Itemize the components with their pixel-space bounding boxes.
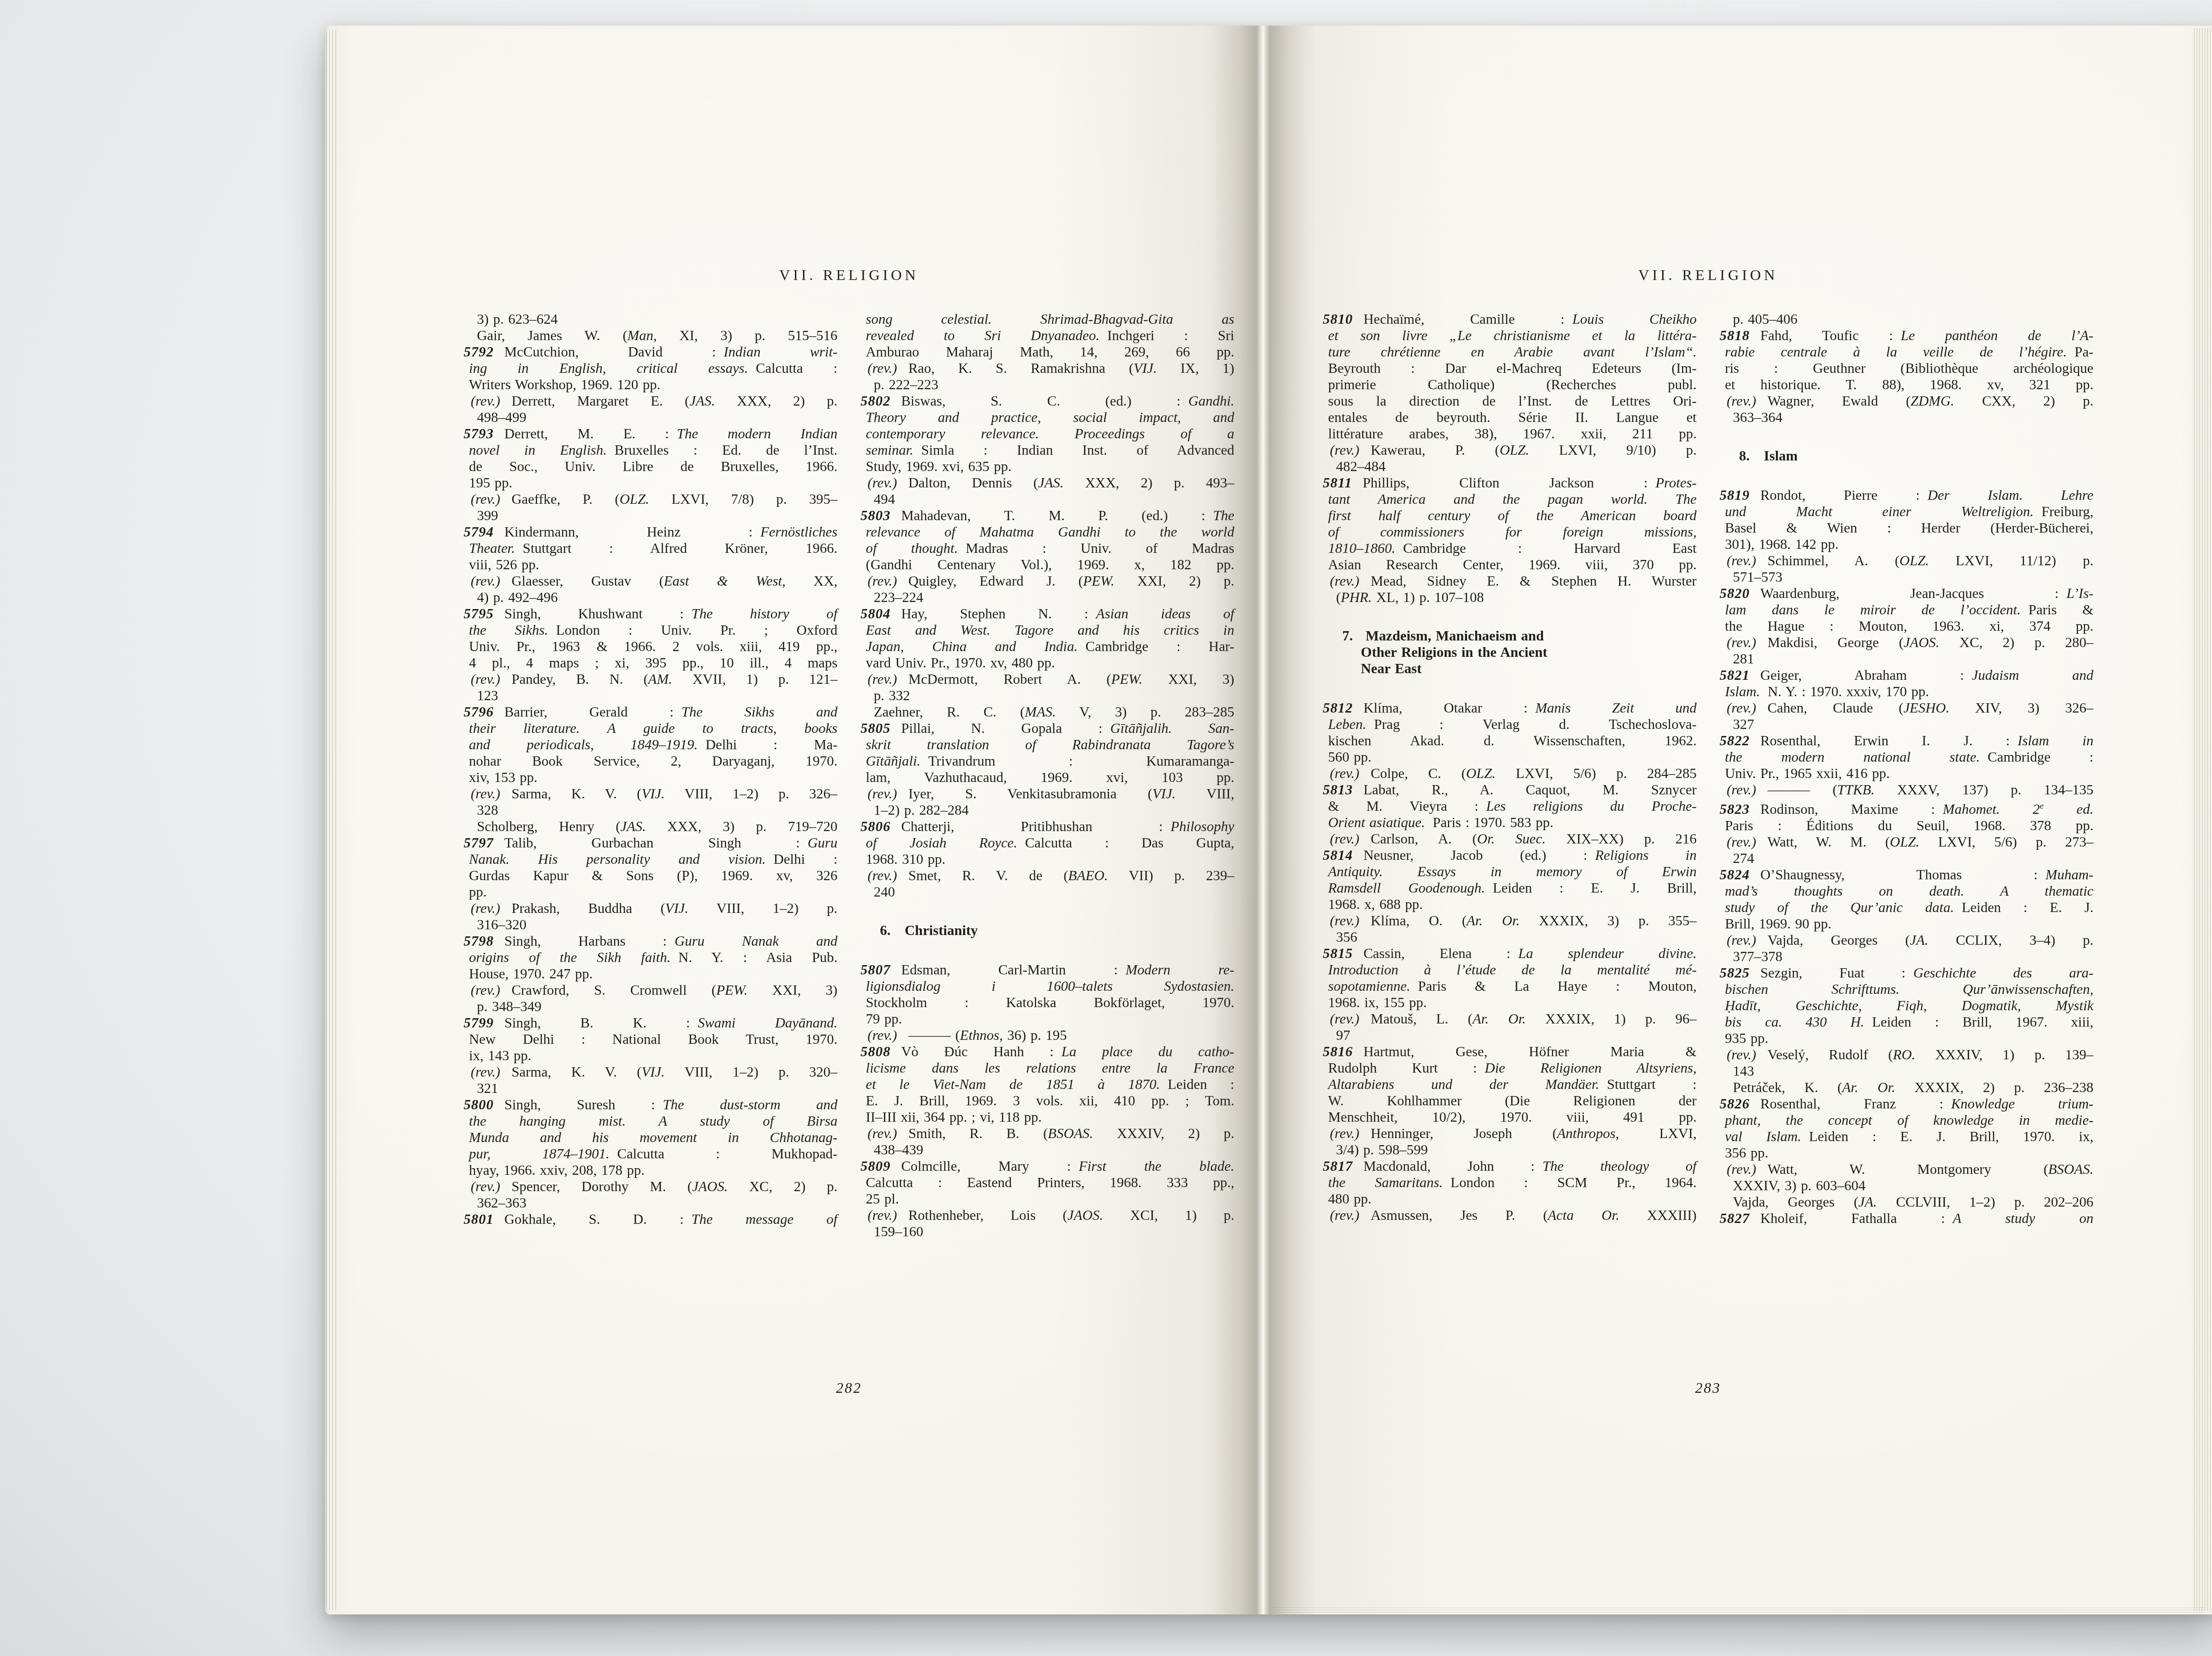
entry-line: lam, Vazhuthacaud, 1969. xvi, 103 pp. <box>860 769 1234 786</box>
entry-line: p. 222–223 <box>860 376 1234 393</box>
entry-line: 5802Biswas, S. C. (ed.) :Gandhi. <box>860 393 1234 409</box>
entry-line: E. J. Brill, 1969. 3 vols. xii, 410 pp. … <box>860 1092 1234 1109</box>
entry-line: (rev.)Smith, R. B. (BSOAS. XXXIV, 2) p. <box>860 1125 1234 1142</box>
photo-background: { "colors":{"paper":"#f7f4ed","ink":"#21… <box>0 0 2212 1656</box>
page-number-right: 283 <box>1323 1380 2093 1397</box>
entry-line: 5796Barrier, Gerald :The Sikhs and <box>464 704 837 720</box>
entry-line: Univ. Pr., 1963 & 1966. 2 vols. xiii, 41… <box>464 638 837 655</box>
entry-line: (rev.)Sarma, K. V. (VIJ. VIII, 1–2) p. 3… <box>464 1064 837 1080</box>
entry-line: 5794Kindermann, Heinz :Fernöstliches <box>464 524 837 540</box>
entry-line: Scholberg, Henry (JAS. XXX, 3) p. 719–72… <box>464 818 837 835</box>
entry-line: first half century of the American board <box>1323 507 1697 524</box>
section-heading-line: Near East <box>1323 660 1697 677</box>
left-page-columns: 3) p. 623–624Gair, James W. (Man, XI, 3)… <box>325 311 1259 1240</box>
entry-line: East and West. Tagore and his critics in <box>860 622 1234 638</box>
entry-line: Brill, 1969. 90 pp. <box>1720 916 2093 932</box>
entry-line: 5801Gokhale, S. D. :The message of <box>464 1211 837 1227</box>
entry-line: 363–364 <box>1720 409 2093 425</box>
entry-line: House, 1970. 247 pp. <box>464 966 837 982</box>
entry-line: 123 <box>464 687 837 704</box>
entry-line: p. 348–349 <box>464 998 837 1015</box>
left-page: VII. RELIGION 3) p. 623–624Gair, James W… <box>325 26 1259 1614</box>
entry-line: 480 pp. <box>1323 1191 1697 1207</box>
entry-line: seminar.Simla : Indian Inst. of Advanced <box>860 442 1234 458</box>
entry-line: Study, 1969. xvi, 635 pp. <box>860 458 1234 475</box>
entry-line: 5814Neusner, Jacob (ed.) :Religions in <box>1323 847 1697 863</box>
entry-line: skrit translation of Rabindranata Tagore… <box>860 736 1234 753</box>
entry-line: lam dans le miroir de l’occident.Paris & <box>1720 602 2093 618</box>
entry-line: nohar Book Service, 2, Daryaganj, 1970. <box>464 753 837 769</box>
entry-line: hyay, 1966. xxiv, 208, 178 pp. <box>464 1162 837 1178</box>
entry-line: viii, 526 pp. <box>464 556 837 573</box>
entry-line: origins of the Sikh faith.N. Y. : Asia P… <box>464 949 837 966</box>
entry-line: (rev.)Glaesser, Gustav (East & West, XX, <box>464 573 837 589</box>
entry-line: 5817Macdonald, John :The theology of <box>1323 1158 1697 1174</box>
entry-line: 240 <box>860 884 1234 900</box>
entry-line: 5812Klíma, Otakar :Manis Zeit und <box>1323 700 1697 716</box>
entry-line: (rev.)Spencer, Dorothy M. (JAOS. XC, 2) … <box>464 1178 837 1195</box>
entry-line: sous la direction de l’Inst. de Lettres … <box>1323 393 1697 409</box>
entry-line: (rev.)Rao, K. S. Ramakrishna (VIJ. IX, 1… <box>860 360 1234 376</box>
entry-line: 1968. 310 pp. <box>860 851 1234 867</box>
entry-line: W. Kohlhammer (Die Religionen der <box>1323 1092 1697 1109</box>
entry-line: of Josiah Royce.Calcutta : Das Gupta, <box>860 835 1234 851</box>
entry-line: (rev.)Henninger, Joseph (Anthropos, LXVI… <box>1323 1125 1697 1142</box>
entry-line: contemporary relevance. Proceedings of a <box>860 425 1234 442</box>
entry-line: pur, 1874–1901.Calcutta : Mukhopad- <box>464 1146 837 1162</box>
entry-line: et le Viet-Nam de 1851 à 1870.Leiden : <box>860 1076 1234 1092</box>
entry-line: Antiquity. Essays in memory of Erwin <box>1323 863 1697 880</box>
entry-line: 377–378 <box>1720 948 2093 965</box>
entry-line: (rev.)Rothenheber, Lois (JAOS. XCI, 1) p… <box>860 1207 1234 1223</box>
entry-line: Univ. Pr., 1965 xxii, 416 pp. <box>1720 765 2093 782</box>
entry-line: 5807Edsman, Carl-Martin :Modern re- <box>860 962 1234 978</box>
entry-line: p. 332 <box>860 687 1234 704</box>
entry-line: Asian Research Center, 1969. viii, 370 p… <box>1323 556 1697 573</box>
entry-line: kischen Akad. d. Wissenschaften, 1962. <box>1323 732 1697 749</box>
text-column-1: 3) p. 623–624Gair, James W. (Man, XI, 3)… <box>464 311 837 1240</box>
entry-line: rabie centrale à la veille de l’hégire.P… <box>1720 344 2093 360</box>
entry-line: of thought.Madras : Univ. of Madras <box>860 540 1234 556</box>
entry-line: 5815Cassin, Elena :La splendeur divine. <box>1323 945 1697 962</box>
entry-line: revealed to Sri Dnyanadeo.Inchgeri : Sri <box>860 327 1234 344</box>
entry-line: 79 pp. <box>860 1011 1234 1027</box>
entry-line: Theater.Stuttgart : Alfred Kröner, 1966. <box>464 540 837 556</box>
entry-line: Menschheit, 10/2), 1970. viii, 491 pp. <box>1323 1109 1697 1125</box>
entry-line: 1968. ix, 155 pp. <box>1323 994 1697 1011</box>
entry-line: 5792McCutchion, David :Indian writ- <box>464 344 837 360</box>
entry-line: (rev.)Pandey, B. N. (AM. XVII, 1) p. 121… <box>464 671 837 687</box>
entry-line: und Macht einer Weltreligion.Freiburg, <box>1720 503 2093 520</box>
entry-line: (rev.)——— (Ethnos, 36) p. 195 <box>860 1027 1234 1043</box>
entry-line: the Hague : Mouton, 1963. xi, 374 pp. <box>1720 618 2093 634</box>
entry-line: (rev.)Carlson, A. (Or. Suec. XIX–XX) p. … <box>1323 831 1697 847</box>
entry-line: the modern national state.Cambridge : <box>1720 749 2093 765</box>
entry-line: 5823Rodinson, Maxime :Mahomet. 2e ed. <box>1720 798 2093 817</box>
entry-line: Vajda, Georges (JA. CCLVIII, 1–2) p. 202… <box>1720 1194 2093 1210</box>
entry-line: 25 pl. <box>860 1191 1234 1207</box>
entry-line: 4) p. 492–496 <box>464 589 837 606</box>
entry-line: 5808Vò Đúc Hanh :La place du catho- <box>860 1043 1234 1060</box>
entry-line: (rev.)Cahen, Claude (JESHO. XIV, 3) 326– <box>1720 700 2093 716</box>
entry-line: (rev.)Mead, Sidney E. & Stephen H. Wurst… <box>1323 573 1697 589</box>
entry-line: 399 <box>464 507 837 524</box>
entry-line: 1968. x, 688 pp. <box>1323 896 1697 912</box>
entry-line: 223–224 <box>860 589 1234 606</box>
entry-line: 4 pl., 4 maps ; xi, 395 pp., 10 ill., 4 … <box>464 655 837 671</box>
entry-line: tant America and the pagan world. The <box>1323 491 1697 507</box>
entry-line: Gurdas Kapur & Sons (P), 1969. xv, 326 <box>464 867 837 884</box>
entry-line: Ḥadīt, Geschichte, Fiqh, Dogmatik, Mysti… <box>1720 997 2093 1014</box>
entry-line: Zaehner, R. C. (MAS. V, 3) p. 283–285 <box>860 704 1234 720</box>
page-stack-left-edge <box>326 29 338 1610</box>
entry-line: 159–160 <box>860 1223 1234 1240</box>
entry-line: 498–499 <box>464 409 837 425</box>
entry-line: Altarabiens und der Mandäer.Stuttgart : <box>1323 1076 1697 1092</box>
entry-line: ligionsdialog i 1600–talets Sydostasien. <box>860 978 1234 994</box>
entry-line: 97 <box>1323 1027 1697 1043</box>
entry-line: pp. <box>464 884 837 900</box>
entry-line: littérature arabes, 38), 1967. xxii, 211… <box>1323 425 1697 442</box>
entry-line: 281 <box>1720 651 2093 667</box>
entry-line: their literature. A guide to tracts, boo… <box>464 720 837 736</box>
entry-line: ture chrétienne en Arabie avant l’Islam“… <box>1323 344 1697 360</box>
entry-line: (rev.)Schimmel, A. (OLZ. LXVI, 11/12) p. <box>1720 552 2093 569</box>
entry-line: New Delhi : National Book Trust, 1970. <box>464 1031 837 1047</box>
entry-line: bischen Schrifttums. Qur’ānwissenschafte… <box>1720 981 2093 997</box>
entry-line: Paris : Éditions du Seuil, 1968. 378 pp. <box>1720 817 2093 834</box>
entry-line: relevance of Mahatma Gandhi to the world <box>860 524 1234 540</box>
entry-line: 5804Hay, Stephen N. :Asian ideas of <box>860 606 1234 622</box>
entry-line: (rev.)Gaeffke, P. (OLZ. LXVI, 7/8) p. 39… <box>464 491 837 507</box>
entry-line: (rev.)——— (TTKB. XXXV, 137) p. 134–135 <box>1720 782 2093 798</box>
text-column-3: 5810Hechaïmé, Camille :Louis Cheikhoet s… <box>1323 311 1697 1227</box>
entry-line: 362–363 <box>464 1195 837 1211</box>
entry-line: ris : Geuthner (Bibliothèque archéologiq… <box>1720 360 2093 376</box>
entry-line: 5816Hartmut, Gese, Höfner Maria & <box>1323 1043 1697 1060</box>
entry-line: (rev.)Dalton, Dennis (JAS. XXX, 2) p. 49… <box>860 475 1234 491</box>
entry-line: (rev.)Derrett, Margaret E. (JAS. XXX, 2)… <box>464 393 837 409</box>
entry-line: Amburao Maharaj Math, 14, 269, 66 pp. <box>860 344 1234 360</box>
entry-line: the hanging mist. A study of Birsa <box>464 1113 837 1129</box>
entry-line: (rev.)Quigley, Edward J. (PEW. XXI, 2) p… <box>860 573 1234 589</box>
section-heading-line: 8.Islam <box>1720 448 2093 464</box>
entry-line: 5825Sezgin, Fuat :Geschichte des ara- <box>1720 965 2093 981</box>
entry-line: 494 <box>860 491 1234 507</box>
entry-line: 327 <box>1720 716 2093 732</box>
entry-line: primerie Catholique) (Recherches publ. <box>1323 376 1697 393</box>
entry-line: vard Univ. Pr., 1970. xv, 480 pp. <box>860 655 1234 671</box>
entry-line: (rev.)Kawerau, P. (OLZ. LXVI, 9/10) p. <box>1323 442 1697 458</box>
entry-line: 482–484 <box>1323 458 1697 475</box>
entry-line: licisme dans les relations entre la Fran… <box>860 1060 1234 1076</box>
entry-line: 195 pp. <box>464 475 837 491</box>
page-stack-bottom-edge <box>1272 1607 2205 1614</box>
entry-line: de Soc., Univ. Libre de Bruxelles, 1966. <box>464 458 837 475</box>
entry-line: 5810Hechaïmé, Camille :Louis Cheikho <box>1323 311 1697 327</box>
entry-line: (rev.)Smet, R. V. de (BAEO. VII) p. 239– <box>860 867 1234 884</box>
entry-line: Stockholm : Katolska Bokförlaget, 1970. <box>860 994 1234 1011</box>
entry-line: 3/4) p. 598–599 <box>1323 1142 1697 1158</box>
entry-line: Japan, China and India.Cambridge : Har- <box>860 638 1234 655</box>
text-column-2: song celestial. Shrimad-Bhagvad-Gita asr… <box>860 311 1234 1240</box>
entry-line: ix, 143 pp. <box>464 1047 837 1064</box>
entry-line: 5800Singh, Suresh :The dust-storm and <box>464 1096 837 1113</box>
entry-line: 560 pp. <box>1323 749 1697 765</box>
entry-line: (rev.)Colpe, C. (OLZ. LXVI, 5/6) p. 284–… <box>1323 765 1697 782</box>
entry-line: entales de beyrouth. Série II. Langue et <box>1323 409 1697 425</box>
entry-line: Gītāñjali.Trivandrum : Kumaramanga- <box>860 753 1234 769</box>
entry-line: Gair, James W. (Man, XI, 3) p. 515–516 <box>464 327 837 344</box>
entry-line: (rev.)Watt, W. Montgomery (BSOAS. <box>1720 1161 2093 1177</box>
entry-line: Basel & Wien : Herder (Herder-Bücherei, <box>1720 520 2093 536</box>
entry-line: (rev.)Prakash, Buddha (VIJ. VIII, 1–2) p… <box>464 900 837 916</box>
entry-line: novel in English.Bruxelles : Ed. de l’In… <box>464 442 837 458</box>
entry-line: (rev.)Asmussen, Jes P. (Acta Or. XXXIII) <box>1323 1207 1697 1223</box>
entry-line: Munda and his movement in Chhotanag- <box>464 1129 837 1146</box>
entry-line: 1810–1860.Cambridge : Harvard East <box>1323 540 1697 556</box>
entry-line: the Samaritans.London : SCM Pr., 1964. <box>1323 1174 1697 1191</box>
entry-line: (rev.)Vajda, Georges (JA. CCLIX, 3–4) p. <box>1720 932 2093 948</box>
page-number-left: 282 <box>464 1380 1234 1397</box>
entry-line: (rev.)Klíma, O. (Ar. Or. XXXIX, 3) p. 35… <box>1323 912 1697 929</box>
right-page-columns: 5810Hechaïmé, Camille :Louis Cheikhoet s… <box>1259 311 2212 1227</box>
entry-line: phant, the concept of knowledge in medie… <box>1720 1112 2093 1128</box>
entry-line: Beyrouth : Dar el-Machreq Edeteurs (Im- <box>1323 360 1697 376</box>
entry-line: Rudolph Kurt :Die Religionen Altsyriens, <box>1323 1060 1697 1076</box>
entry-line: 5820Waardenburg, Jean-Jacques :L’Is- <box>1720 585 2093 602</box>
entry-line: et son livre „Le christianisme et la lit… <box>1323 327 1697 344</box>
entry-line: 316–320 <box>464 916 837 933</box>
entry-line: 5821Geiger, Abraham :Judaism and <box>1720 667 2093 683</box>
entry-line: 5803Mahadevan, T. M. P. (ed.) :The <box>860 507 1234 524</box>
entry-line: (rev.)Makdisi, George (JAOS. XC, 2) p. 2… <box>1720 634 2093 651</box>
entry-line: 5798Singh, Harbans :Guru Nanak and <box>464 933 837 949</box>
entry-line: (rev.)Wagner, Ewald (ZDMG. CXX, 2) p. <box>1720 393 2093 409</box>
entry-line: (rev.)Sarma, K. V. (VIJ. VIII, 1–2) p. 3… <box>464 786 837 802</box>
entry-line: (rev.)Iyer, S. Venkitasubramonia (VIJ. V… <box>860 786 1234 802</box>
entry-line: (rev.)McDermott, Robert A. (PEW. XXI, 3) <box>860 671 1234 687</box>
entry-line: (rev.)Veselý, Rudolf (RO. XXXIV, 1) p. 1… <box>1720 1046 2093 1063</box>
entry-line: (rev.)Crawford, S. Cromwell (PEW. XXI, 3… <box>464 982 837 998</box>
entry-line: 143 <box>1720 1063 2093 1079</box>
section-heading-line: Other Religions in the Ancient <box>1323 644 1697 660</box>
entry-line: Orient asiatique.Paris : 1970. 583 pp. <box>1323 814 1697 831</box>
entry-line: mad’s thoughts on death. A thematic <box>1720 883 2093 899</box>
entry-line: of commissioners for foreign missions, <box>1323 524 1697 540</box>
entry-line: 3) p. 623–624 <box>464 311 837 327</box>
entry-line: (PHR. XL, 1) p. 107–108 <box>1323 589 1697 606</box>
section-heading-line: 7.Mazdeism, Manichaeism and <box>1323 628 1697 644</box>
section-heading-line: 6.Christianity <box>860 922 1234 939</box>
page-stack-right-edge <box>2192 28 2212 1611</box>
running-head-left: VII. RELIGION <box>325 267 1259 284</box>
entry-line: 274 <box>1720 850 2093 866</box>
entry-line: 5799Singh, B. K. :Swami Dayānand. <box>464 1015 837 1031</box>
entry-line: (rev.)Matouš, L. (Ar. Or. XXXIX, 1) p. 9… <box>1323 1011 1697 1027</box>
entry-line: 5809Colmcille, Mary :First the blade. <box>860 1158 1234 1174</box>
entry-line: 321 <box>464 1080 837 1096</box>
entry-line: Nanak. His personality and vision.Delhi … <box>464 851 837 867</box>
entry-line: 356 pp. <box>1720 1145 2093 1161</box>
entry-line: 5818Fahd, Toufic :Le panthéon de l’A- <box>1720 327 2093 344</box>
entry-line: ing in English, critical essays.Calcutta… <box>464 360 837 376</box>
entry-line: 5793Derrett, M. E. :The modern Indian <box>464 425 837 442</box>
entry-line: song celestial. Shrimad-Bhagvad-Gita as <box>860 311 1234 327</box>
entry-line: Calcutta : Eastend Printers, 1968. 333 p… <box>860 1174 1234 1191</box>
right-page: VII. RELIGION 5810Hechaïmé, Camille :Lou… <box>1259 26 2212 1614</box>
entry-line: bis ca. 430 H.Leiden : Brill, 1967. xiii… <box>1720 1014 2093 1030</box>
entry-line: & M. Vieyra :Les religions du Proche- <box>1323 798 1697 814</box>
entry-line: Ramsdell Goodenough.Leiden : E. J. Brill… <box>1323 880 1697 896</box>
entry-line: study of the Qur’anic data.Leiden : E. J… <box>1720 899 2093 916</box>
entry-line: p. 405–406 <box>1720 311 2093 327</box>
entry-line: Writers Workshop, 1969. 120 pp. <box>464 376 837 393</box>
entry-line: 571–573 <box>1720 569 2093 585</box>
text-column-4: p. 405–4065818Fahd, Toufic :Le panthéon … <box>1720 311 2093 1227</box>
entry-line: 935 pp. <box>1720 1030 2093 1046</box>
entry-line: 301), 1968. 142 pp. <box>1720 536 2093 552</box>
entry-line: 438–439 <box>860 1142 1234 1158</box>
entry-line: 5822Rosenthal, Erwin I. J. :Islam in <box>1720 732 2093 749</box>
entry-line: II–III xii, 364 pp. ; vi, 118 pp. <box>860 1109 1234 1125</box>
entry-line: val Islam.Leiden : E. J. Brill, 1970. ix… <box>1720 1128 2093 1145</box>
entry-line: Theory and practice, social impact, and <box>860 409 1234 425</box>
entry-line: the Sikhs.London : Univ. Pr. ; Oxford <box>464 622 837 638</box>
entry-line: and periodicals, 1849–1919.Delhi : Ma- <box>464 736 837 753</box>
entry-line: 1–2) p. 282–284 <box>860 802 1234 818</box>
entry-line: 5811Phillips, Clifton Jackson :Protes- <box>1323 475 1697 491</box>
entry-line: 356 <box>1323 929 1697 945</box>
entry-line: 5827Kholeif, Fathalla :A study on <box>1720 1210 2093 1227</box>
entry-line: 5813Labat, R., A. Caquot, M. Sznycer <box>1323 782 1697 798</box>
entry-line: Petráček, K. (Ar. Or. XXXIX, 2) p. 236–2… <box>1720 1079 2093 1096</box>
entry-line: xiv, 153 pp. <box>464 769 837 786</box>
entry-line: 328 <box>464 802 837 818</box>
entry-line: 5806Chatterji, Pritibhushan :Philosophy <box>860 818 1234 835</box>
open-book: VII. RELIGION 3) p. 623–624Gair, James W… <box>325 26 2212 1614</box>
entry-line: Islam.N. Y. : 1970. xxxiv, 170 pp. <box>1720 683 2093 700</box>
entry-line: et historique. T. 88), 1968. xv, 321 pp. <box>1720 376 2093 393</box>
entry-line: 5819Rondot, Pierre :Der Islam. Lehre <box>1720 487 2093 503</box>
entry-line: (rev.)Watt, W. M. (OLZ. LXVI, 5/6) p. 27… <box>1720 834 2093 850</box>
entry-line: sopotamienne.Paris & La Haye : Mouton, <box>1323 978 1697 994</box>
entry-line: 5795Singh, Khushwant :The history of <box>464 606 837 622</box>
entry-line: 5824O’Shaugnessy, Thomas :Muham- <box>1720 866 2093 883</box>
entry-line: (Gandhi Centenary Vol.), 1969. x, 182 pp… <box>860 556 1234 573</box>
entry-line: 5826Rosenthal, Franz :Knowledge trium- <box>1720 1096 2093 1112</box>
entry-line: 5805Pillai, N. Gopala :Gītāñjalih. San- <box>860 720 1234 736</box>
running-head-right: VII. RELIGION <box>1259 267 2212 284</box>
entry-line: XXXIV, 3) p. 603–604 <box>1720 1177 2093 1194</box>
entry-line: Introduction à l’étude de la mentalité m… <box>1323 962 1697 978</box>
entry-line: 5797Talib, Gurbachan Singh :Guru <box>464 835 837 851</box>
entry-line: Leben.Prag : Verlag d. Tschechoslova- <box>1323 716 1697 732</box>
